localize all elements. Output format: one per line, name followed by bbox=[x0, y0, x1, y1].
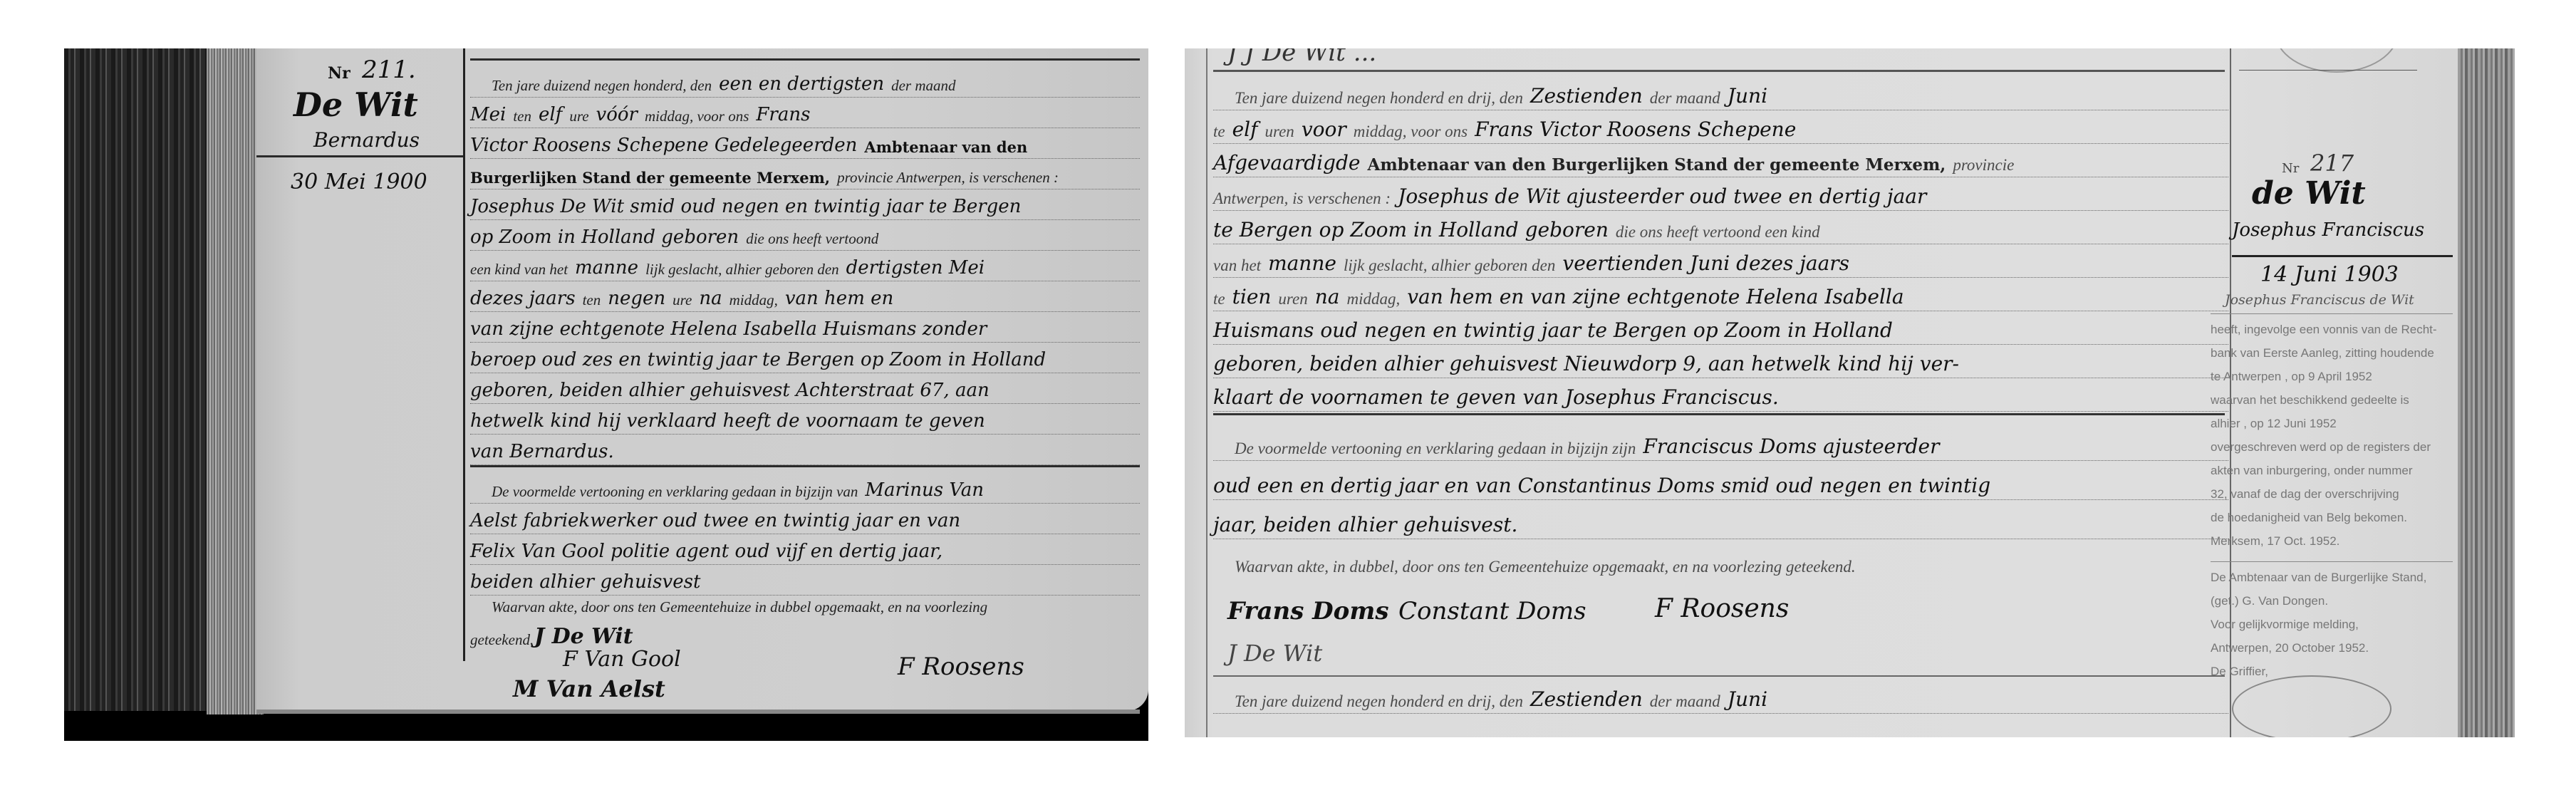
text-line: beroep oud zes en twintig jaar te Bergen… bbox=[470, 340, 1140, 373]
handwritten-entry: op Zoom in Holland geboren bbox=[470, 227, 739, 248]
handwritten-entry: van Bernardus. bbox=[470, 441, 614, 462]
record-number-label: Nr bbox=[2282, 161, 2299, 176]
handwritten-entry: Juni bbox=[1728, 687, 1767, 711]
text-line: Aelst fabriekwerker oud twee en twintig … bbox=[470, 501, 1140, 534]
margin-column: Nr 211. De Wit Bernardus 30 Mei 1900 bbox=[256, 48, 463, 668]
record-date: 14 Juni 1903 bbox=[2260, 262, 2399, 287]
handwritten-entry: van hem en van zijne echtgenote Helena I… bbox=[1407, 285, 1904, 308]
printed-text: Antwerpen, is verschenen : bbox=[1213, 189, 1391, 208]
handwritten-entry: hetwelk kind hij verklaard heeft de voor… bbox=[470, 410, 985, 432]
handwritten-entry: Frans bbox=[756, 104, 810, 125]
printed-text: middag, voor ons bbox=[645, 108, 749, 125]
text-line: van Bernardus. bbox=[470, 432, 1140, 465]
right-register-scan: J J De Wit ... Ten jare duizend negen ho… bbox=[1185, 48, 2515, 737]
printed-text: van het bbox=[1213, 256, 1261, 275]
annotation-line: de hoedanigheid van Belg bekomen. bbox=[2211, 506, 2453, 529]
printed-text: Ten jare duizend negen honderd, den bbox=[492, 77, 712, 95]
signature-witness-1: Frans Doms bbox=[1227, 597, 1388, 625]
text-line: te Bergen op Zoom in Holland geborendie … bbox=[1213, 208, 2228, 244]
annotation-line: (get.) G. Van Dongen. bbox=[2211, 589, 2453, 613]
stamp-rule bbox=[2239, 70, 2417, 71]
text-line: beiden alhier gehuisvest bbox=[470, 562, 1140, 596]
record-surname: de Wit bbox=[2252, 175, 2366, 212]
handwritten-entry: van zijne echtgenote Helena Isabella Hui… bbox=[470, 318, 987, 340]
text-line: Ten jare duizend negen honderd en drij, … bbox=[1213, 675, 2228, 714]
record-date: 30 Mei 1900 bbox=[291, 170, 427, 194]
column-divider bbox=[463, 48, 465, 661]
margin-divider bbox=[2232, 255, 2453, 257]
record-given-name: Bernardus bbox=[313, 128, 420, 152]
handwritten-entry: Aelst fabriekwerker oud twee en twintig … bbox=[470, 510, 960, 531]
handwritten-entry: tien bbox=[1232, 285, 1272, 308]
signature-father: J De Wit bbox=[534, 624, 633, 649]
printed-bold-text: Ambtenaar van den bbox=[864, 138, 1027, 156]
text-line: Ten jare duizend negen honderd en drij, … bbox=[1213, 74, 2228, 110]
right-register-page: J J De Wit ... Ten jare duizend negen ho… bbox=[1185, 48, 2458, 737]
text-line: AfgevaardigdeAmbtenaar van den Burgerlij… bbox=[1213, 141, 2228, 177]
page-left-rule bbox=[1206, 48, 1207, 737]
annotation-line: alhier , op 12 Juni 1952 bbox=[2211, 412, 2453, 435]
handwritten-entry: een en dertigsten bbox=[719, 73, 884, 95]
record-given-name: Josephus Franciscus bbox=[2232, 219, 2424, 241]
signature-official: F Roosens bbox=[1655, 594, 1789, 623]
annotation-line: Voor gelijkvormige melding, bbox=[2211, 613, 2453, 636]
section-separator bbox=[470, 465, 1140, 467]
section-separator bbox=[1213, 413, 2225, 415]
text-line: van hetmannelijk geslacht, alhier gebore… bbox=[1213, 241, 2228, 278]
text-line: Victor Roosens Schepene GedelegeerdenAmb… bbox=[470, 125, 1140, 159]
signature-witness-1: F Van Gool bbox=[563, 647, 681, 672]
annotation-line: waarvan het beschikkend gedeelte is bbox=[2211, 388, 2453, 412]
printed-text: middag, bbox=[1346, 290, 1400, 308]
printed-text: ure bbox=[569, 108, 588, 125]
printed-text: te bbox=[1213, 290, 1225, 308]
printed-text: ten bbox=[513, 108, 531, 125]
naturalisation-annotation: heeft, ingevolge een vonnis van de Recht… bbox=[2211, 318, 2453, 553]
signature-witness-2: M Van Aelst bbox=[513, 675, 665, 702]
annotation-rule-2 bbox=[2211, 561, 2453, 562]
signature-witness-2: Constant Doms bbox=[1398, 597, 1586, 625]
record-separator bbox=[470, 58, 1140, 61]
record-number: 217 bbox=[2310, 150, 2354, 177]
handwritten-entry: dezes jaars bbox=[470, 288, 576, 309]
handwritten-entry: Huismans oud negen en twintig jaar te Be… bbox=[1213, 318, 1893, 342]
text-line: Huismans oud negen en twintig jaar te Be… bbox=[1213, 308, 2228, 345]
left-register-page: Nr 211. De Wit Bernardus 30 Mei 1900 Ten… bbox=[256, 48, 1148, 711]
handwritten-entry: Victor Roosens Schepene Gedelegeerden bbox=[470, 135, 857, 156]
text-line: jaar, beiden alhier gehuisvest. bbox=[1213, 497, 2228, 539]
handwritten-entry: beiden alhier gehuisvest bbox=[470, 571, 700, 593]
text-line: hetwelk kind hij verklaard heeft de voor… bbox=[470, 401, 1140, 435]
handwritten-entry: klaart de voornamen te geven van Josephu… bbox=[1213, 385, 1779, 409]
text-line: dezes jaarstennegenurenamiddag,van hem e… bbox=[470, 279, 1140, 312]
page-bottom-edge bbox=[256, 710, 1140, 714]
printed-text: uren bbox=[1278, 290, 1307, 308]
text-line: Antwerpen, is verschenen :Josephus de Wi… bbox=[1213, 175, 2228, 211]
text-line: geboren, beiden alhier gehuisvest Nieuwd… bbox=[1213, 342, 2228, 378]
handwritten-entry: Felix Van Gool politie agent oud vijf en… bbox=[470, 541, 942, 562]
page-edges bbox=[207, 48, 264, 714]
text-line: teelfurenvoormiddag, voor onsFrans Victo… bbox=[1213, 108, 2228, 144]
printed-text: uren bbox=[1265, 123, 1294, 141]
text-line: De voormelde vertooning en verklaring ge… bbox=[470, 470, 1140, 504]
printed-text: ten bbox=[583, 291, 601, 309]
annotation-line: te Antwerpen , op 9 April 1952 bbox=[2211, 365, 2453, 388]
printed-text: der maand bbox=[891, 77, 955, 95]
margin-column: Nr 217 de Wit Josephus Franciscus 14 Jun… bbox=[2232, 48, 2458, 737]
left-register-scan: Nr 211. De Wit Bernardus 30 Mei 1900 Ten… bbox=[64, 48, 1148, 741]
naturalisation-full-name: Josephus Franciscus de Wit bbox=[2225, 292, 2414, 308]
annotation-line: 32, vanaf de dag der overschrijving bbox=[2211, 482, 2453, 506]
handwritten-entry: jaar, beiden alhier gehuisvest. bbox=[1213, 513, 1517, 536]
handwritten-entry: geboren, beiden alhier gehuisvest Nieuwd… bbox=[1213, 352, 1959, 375]
printed-text: een kind van het bbox=[470, 261, 568, 279]
record-surname: De Wit bbox=[294, 85, 418, 124]
printed-bold-text: Burgerlijken Stand der gemeente Merxem, bbox=[470, 169, 830, 187]
official-stamp bbox=[2275, 48, 2399, 73]
handwritten-entry: Zestienden bbox=[1530, 84, 1643, 108]
annotation-line: heeft, ingevolge een vonnis van de Recht… bbox=[2211, 318, 2453, 341]
printed-text: der maand bbox=[1650, 692, 1720, 711]
signature-official: F Roosens bbox=[898, 653, 1024, 681]
annotation-line: Merksem, 17 Oct. 1952. bbox=[2211, 529, 2453, 553]
annotation-line: De Ambtenaar van de Burgerlijke Stand, bbox=[2211, 566, 2453, 589]
closing-text: Waarvan akte, in dubbel, door ons ten Ge… bbox=[1235, 558, 1856, 576]
printed-text: De voormelde vertooning en verklaring ge… bbox=[1235, 440, 1636, 458]
printed-text: lijk geslacht, alhier geboren den bbox=[1344, 256, 1555, 275]
annotation-line: overgeschreven werd op de registers der bbox=[2211, 435, 2453, 459]
printed-text: provincie bbox=[1953, 156, 2014, 175]
handwritten-entry: Frans Victor Roosens Schepene bbox=[1475, 118, 1796, 141]
text-line: van zijne echtgenote Helena Isabella Hui… bbox=[470, 309, 1140, 343]
record-number-label: Nr bbox=[328, 64, 350, 83]
handwritten-entry: Juni bbox=[1728, 84, 1767, 108]
annotation-line: bank van Eerste Aanleg, zitting houdende bbox=[2211, 341, 2453, 365]
griffier-signature bbox=[2232, 675, 2391, 737]
text-line: Meitenelfurevóórmiddag, voor onsFrans bbox=[470, 95, 1140, 128]
handwritten-entry: Josephus de Wit ajusteerder oud twee en … bbox=[1398, 184, 1926, 208]
handwritten-entry: na bbox=[1315, 285, 1340, 308]
printed-text: die ons heeft vertoond een kind bbox=[1616, 223, 1820, 241]
printed-text: provincie Antwerpen, is verschenen : bbox=[837, 169, 1059, 187]
signed-label: geteekend. bbox=[470, 631, 534, 649]
handwritten-entry: elf bbox=[1232, 118, 1258, 141]
closing-text: Waarvan akte, door ons ten Gemeentehuize… bbox=[492, 598, 987, 616]
handwritten-entry: Zestienden bbox=[1530, 687, 1643, 711]
text-line: tetienurennamiddag,van hem en van zijne … bbox=[1213, 275, 2228, 311]
handwritten-entry: negen bbox=[608, 288, 665, 309]
printed-text: Ten jare duizend negen honderd en drij, … bbox=[1235, 692, 1523, 711]
birth-record-text: J J De Wit ... Ten jare duizend negen ho… bbox=[1213, 48, 2228, 737]
printed-text: middag, bbox=[729, 291, 778, 309]
page-right-edge bbox=[2458, 48, 2515, 737]
handwritten-entry: geboren, beiden alhier gehuisvest Achter… bbox=[470, 380, 990, 401]
handwritten-entry: beroep oud zes en twintig jaar te Bergen… bbox=[470, 349, 1046, 370]
previous-record-signature: J J De Wit ... bbox=[1227, 48, 1376, 67]
signature-father: J De Wit bbox=[1227, 640, 1322, 667]
printed-bold-text: Ambtenaar van den Burgerlijken Stand der… bbox=[1367, 155, 1946, 175]
text-line: Josephus De Wit smid oud negen en twinti… bbox=[470, 187, 1140, 220]
handwritten-entry: manne bbox=[1268, 251, 1336, 275]
text-line: klaart de voornamen te geven van Josephu… bbox=[1213, 375, 2228, 412]
annotation-line: Antwerpen, 20 October 1952. bbox=[2211, 636, 2453, 660]
record-separator bbox=[1213, 70, 2225, 72]
printed-text: ure bbox=[672, 291, 692, 309]
handwritten-entry: te Bergen op Zoom in Holland geboren bbox=[1213, 218, 1609, 241]
text-line: Burgerlijken Stand der gemeente Merxem,p… bbox=[470, 156, 1140, 189]
annotation-line: akten van inburgering, onder nummer bbox=[2211, 459, 2453, 482]
handwritten-entry: vóór bbox=[596, 104, 638, 125]
annotation-rule bbox=[2211, 313, 2453, 314]
handwritten-entry: voor bbox=[1302, 118, 1346, 141]
handwritten-entry: Franciscus Doms ajusteerder bbox=[1643, 435, 1939, 458]
printed-text: die ons heeft vertoond bbox=[746, 230, 878, 248]
printed-text: Ten jare duizend negen honderd en drij, … bbox=[1235, 89, 1523, 108]
margin-divider bbox=[256, 155, 463, 157]
handwritten-entry: van hem en bbox=[785, 288, 893, 309]
certification-block: De Ambtenaar van de Burgerlijke Stand,(g… bbox=[2211, 566, 2453, 683]
record-number: 211. bbox=[362, 56, 416, 84]
handwritten-entry: veertienden Juni dezes jaars bbox=[1562, 251, 1849, 275]
handwritten-entry: Marinus Van bbox=[865, 479, 984, 501]
printed-text: te bbox=[1213, 123, 1225, 141]
text-line: Ten jare duizend negen honderd, deneen e… bbox=[470, 64, 1140, 98]
printed-text: lijk geslacht, alhier geboren den bbox=[645, 261, 839, 279]
text-line: geboren, beiden alhier gehuisvest Achter… bbox=[470, 370, 1140, 404]
handwritten-entry: manne bbox=[575, 257, 638, 279]
handwritten-entry: Josephus De Wit smid oud negen en twinti… bbox=[470, 196, 1021, 217]
printed-text: der maand bbox=[1650, 89, 1720, 108]
text-line: op Zoom in Holland geborendie ons heeft … bbox=[470, 217, 1140, 251]
text-line: oud een en dertig jaar en van Constantin… bbox=[1213, 458, 2228, 500]
handwritten-entry: Mei bbox=[470, 104, 506, 125]
handwritten-entry: dertigsten Mei bbox=[846, 257, 985, 279]
birth-record-text: Ten jare duizend negen honderd, deneen e… bbox=[470, 48, 1140, 690]
text-line: De voormelde vertooning en verklaring ge… bbox=[1213, 419, 2228, 461]
handwritten-entry: elf bbox=[539, 104, 562, 125]
printed-text: middag, voor ons bbox=[1354, 123, 1468, 141]
handwritten-entry: na bbox=[699, 288, 722, 309]
text-line: Felix Van Gool politie agent oud vijf en… bbox=[470, 531, 1140, 565]
printed-text: De voormelde vertooning en verklaring ge… bbox=[492, 483, 858, 501]
text-line: een kind van hetmannelijk geslacht, alhi… bbox=[470, 248, 1140, 281]
handwritten-entry: Afgevaardigde bbox=[1213, 151, 1360, 175]
handwritten-entry: oud een en dertig jaar en van Constantin… bbox=[1213, 474, 1990, 497]
